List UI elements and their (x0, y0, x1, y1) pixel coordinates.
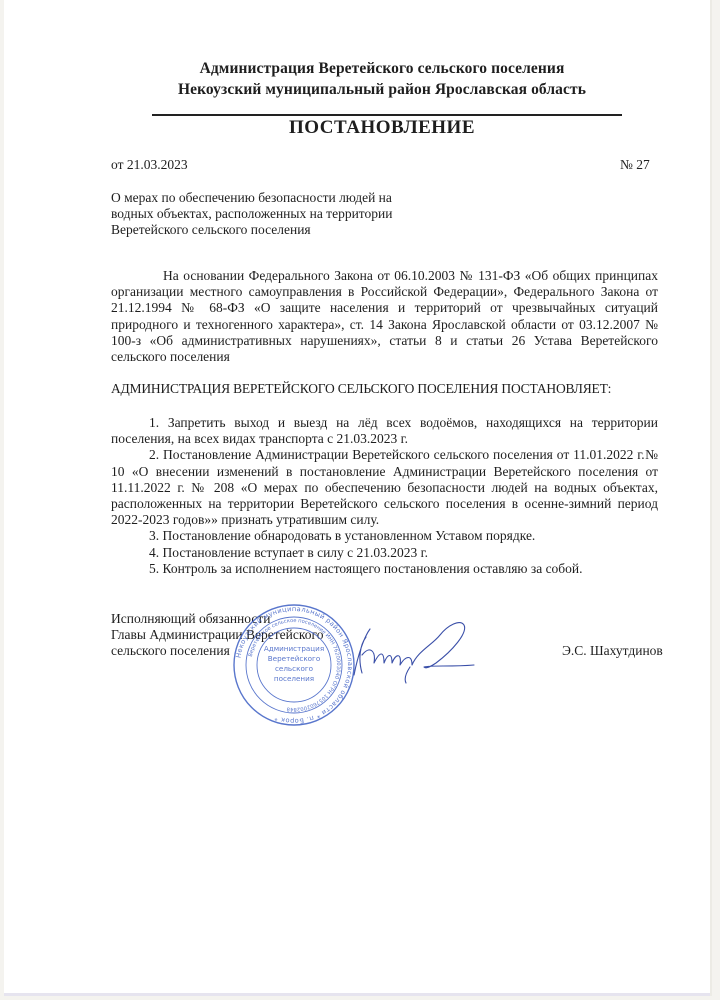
handwritten-signature-icon (340, 615, 480, 685)
decree-item-3: 3. Постановление обнародовать в установл… (111, 528, 658, 544)
decree-item-5: 5. Контроль за исполнением настоящего по… (111, 561, 658, 577)
document-number: № 27 (620, 157, 650, 173)
official-stamp-icon: Некоузский муниципальный район Ярославск… (232, 603, 356, 727)
decree-heading: АДМИНИСТРАЦИЯ ВЕРЕТЕЙСКОГО СЕЛЬСКОГО ПОС… (111, 381, 611, 397)
subject-line: водных объектах, расположенных на террит… (111, 206, 431, 222)
subject-line: О мерах по обеспечению безопасности люде… (111, 190, 431, 206)
preamble-paragraph: На основании Федерального Закона от 06.1… (111, 268, 658, 365)
document-subject: О мерах по обеспечению безопасности люде… (111, 190, 431, 238)
signatory-name: Э.С. Шахутдинов (562, 643, 663, 659)
decree-item-4: 4. Постановление вступает в силу с 21.03… (111, 545, 658, 561)
document-date: от 21.03.2023 (111, 157, 188, 173)
decree-items: 1. Запретить выход и выезд на лёд всех в… (111, 415, 658, 577)
svg-text:Веретейского: Веретейского (268, 654, 320, 663)
decree-item-2: 2. Постановление Администрации Веретейск… (111, 447, 658, 528)
svg-text:сельского: сельского (275, 664, 313, 673)
document-title: ПОСТАНОВЛЕНИЕ (22, 117, 720, 139)
org-name: Администрация Веретейского сельского пос… (22, 60, 720, 78)
org-region: Некоузский муниципальный район Ярославск… (22, 81, 720, 99)
subject-line: Веретейского сельского поселения (111, 222, 431, 238)
document: Администрация Веретейского сельского пос… (0, 0, 720, 1000)
header-divider (152, 114, 622, 116)
svg-text:Администрация: Администрация (264, 644, 324, 653)
decree-item-1: 1. Запретить выход и выезд на лёд всех в… (111, 415, 658, 447)
svg-text:поселения: поселения (274, 674, 314, 683)
